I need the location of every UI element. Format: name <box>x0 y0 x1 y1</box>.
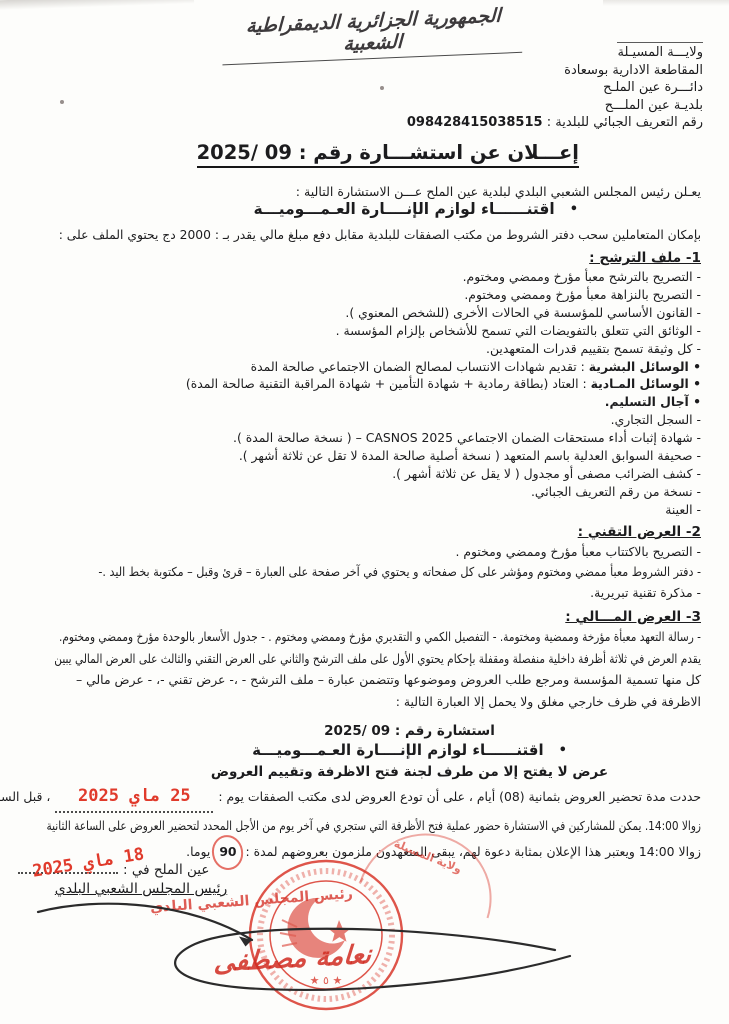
requirements-list: 1- ملف الترشح : - التصريح بالترشح معبأ م… <box>16 249 701 713</box>
tax-id-line: رقم التعريف الجبائي للبلدية : 0984284150… <box>407 114 703 132</box>
envelope-subject: •اقتنــــــاء لوازم الإنــــارة العـمـــ… <box>90 741 729 760</box>
scan-speck <box>380 86 384 90</box>
fee-line: بإمكان المتعاملين سحب دفتر الشروط من مكت… <box>20 228 701 242</box>
subject-line: •اقتنــــــاء لوازم الإنــــارة العـمـــ… <box>253 200 578 218</box>
date-dotted-leader: 25 ماي 2025 <box>55 783 213 813</box>
intro-line: يعـلن رئيس المجلس الشعبي البلدي لبلدية ع… <box>296 184 701 199</box>
signature-ink <box>10 880 610 1015</box>
envelope-instructions-line: كل منها تسمية المؤسسة ومرجع طلب العروض و… <box>16 669 701 691</box>
list-item: - السجل التجاري. <box>16 411 701 429</box>
envelope-instructions-line: الاظرفة في ظرف خارجي مغلق ولا يحمل إلا ا… <box>16 691 701 713</box>
commune-line: بلديـة عين الملـــح <box>407 97 703 115</box>
envelope-ref: استشارة رقم : 09 /2025 <box>90 722 729 741</box>
scan-speck <box>60 100 64 104</box>
closing-line-1: حددت مدة تحضير العروض بثمانية (08) أيام … <box>14 783 701 813</box>
scan-artifact-top-right <box>603 0 729 6</box>
list-item: - شهادة إثبات أداء مستحقات الضمان الاجتم… <box>16 429 701 447</box>
tax-id-number: 098428415038515 <box>407 115 543 130</box>
list-item: - دفتر الشروط معبأ ممضي ومختوم ومؤشر على… <box>85 562 702 583</box>
list-item: • آجال التسليم. <box>16 393 701 411</box>
list-item: - كشف الضرائب مصفى أو مجدول ( لا يقل عن … <box>16 465 701 483</box>
envelope-warning: عرض لا يفتح إلا من طرف لجنة فتح الاظرفة … <box>90 763 729 782</box>
envelope-instructions-line: يقدم العرض في ثلاثة أظرفة داخلية منفصلة … <box>119 648 701 670</box>
list-item: • الوسائل المـادية : العتاد (بطاقة رمادي… <box>16 375 701 393</box>
list-item: - صحيفة السوابق العدلية باسم المتعهد ( ن… <box>16 447 701 465</box>
list-item: - رسالة التعهد معبأة مؤرخة وممضية ومختوم… <box>119 627 701 648</box>
list-item: - كل وثيقة تسمح بتقييم قدرات المتعهدين. <box>16 340 701 358</box>
document-page: الجمهورية الجزائرية الديمقراطية الشعبية … <box>0 0 729 1024</box>
district-line: المقاطعة الادارية بوسعادة <box>407 62 703 80</box>
deposit-date-stamp: 25 ماي 2025 <box>78 786 191 806</box>
section-heading-technical: 2- العرض التقني : <box>16 523 701 542</box>
list-item: - التصريح بالترشح معبأ مؤرخ وممضي ومختوم… <box>16 268 701 286</box>
announcement-title: إعـــلان عن استشـــارة رقم : 09 /2025 <box>197 141 579 168</box>
list-item: - العينة <box>16 501 701 519</box>
bullet-icon: • <box>559 743 567 758</box>
list-item: - التصريح بالاكتتاب معبأ مؤرخ وممضي ومخت… <box>16 542 701 563</box>
list-item: - الوثائق التي تتعلق بالتفويضات التي تسم… <box>16 322 701 340</box>
section-heading-candidacy: 1- ملف الترشح : <box>16 249 701 268</box>
place-date-line: عين الملح في : 18 ماي 2025 <box>14 861 268 878</box>
bullet-icon: • <box>570 202 578 217</box>
section-heading-financial: 3- العرض المـــالي : <box>16 608 701 627</box>
list-item: - التصريح بالنزاهة معبأ مؤرخ وممضي ومختو… <box>16 286 701 304</box>
list-item: • الوسائل البشرية : تقديم شهادات الانتسا… <box>16 358 701 376</box>
envelope-label: استشارة رقم : 09 /2025 •اقتنــــــاء لوا… <box>90 722 729 782</box>
list-item: - مذكرة تقنية تبريرية. <box>16 583 701 604</box>
list-item: - نسخة من رقم التعريف الجبائي. <box>16 483 701 501</box>
header-block: ولايـــة المسيـلة المقاطعة الادارية بوسع… <box>407 42 703 132</box>
list-item: - القانون الأساسي للمؤسسة في الحالات الأ… <box>16 304 701 322</box>
subject-text: اقتنــــــاء لوازم الإنــــارة العـمـــو… <box>253 200 554 218</box>
tax-id-label: رقم التعريف الجبائي للبلدية : <box>547 115 703 130</box>
wilaya-line: ولايـــة المسيـلة <box>407 42 703 62</box>
daira-line: دائـــرة عين الملـح <box>407 79 703 97</box>
scan-artifact-top-left <box>0 0 194 10</box>
